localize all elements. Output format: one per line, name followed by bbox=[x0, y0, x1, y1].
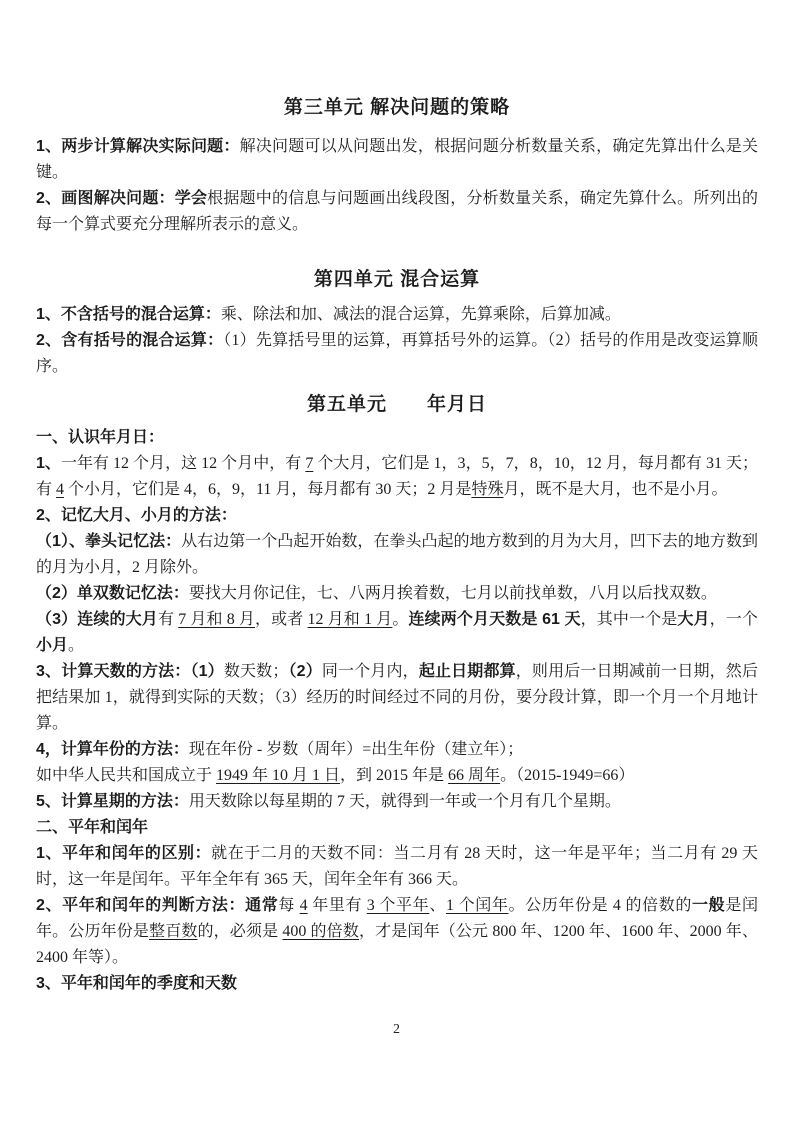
underlined-text-run: 整百数 bbox=[149, 923, 197, 940]
unit4-point2: 2、含有括号的混合运算：（1）先算括号里的运算，再算括号外的运算。（2）括号的作… bbox=[36, 328, 758, 380]
bold-text-run: 1、平年和闰年的区别： bbox=[36, 845, 211, 862]
unit3-title: 第三单元 解决问题的策略 bbox=[36, 94, 758, 121]
underlined-text-run: 400 的倍数 bbox=[282, 923, 359, 940]
bold-text-run: 2、平年和闰年的判断方法：通常 bbox=[36, 897, 278, 914]
bold-text-run: 2、含有括号的混合运算： bbox=[36, 332, 223, 349]
text-run: 同一个月内， bbox=[322, 663, 419, 680]
text-run: 如中华人民共和国成立于 bbox=[36, 767, 216, 784]
bold-text-run: （1）、拳头记忆法： bbox=[36, 533, 181, 550]
unit5-s1-point4: 4，计算年份的方法：现在年份 - 岁数（周年）=出生年份（建立年）； bbox=[36, 737, 758, 763]
bold-text-run: 第三单元 解决问题的策略 bbox=[284, 97, 510, 118]
text-run: 的，必须是 bbox=[198, 923, 283, 940]
text-run: 要找大月你记住，七、八两月挨着数，七月以前找单数，八月以后找双数。 bbox=[189, 585, 717, 602]
unit5-s2-point3: 3、平年和闰年的季度和天数 bbox=[36, 971, 758, 997]
unit5-section2-heading: 二、平年和闰年 bbox=[36, 815, 758, 841]
bold-text-run: 2、画图解决问题：学会 bbox=[36, 190, 207, 207]
unit5-s1-point1: 1、一年有 12 个月，这 12 个月中，有 7 个大月，它们是 1，3，5，7… bbox=[36, 451, 758, 503]
unit4-point1: 1、不含括号的混合运算：乘、除法和加、减法的混合运算，先算乘除，后算加减。 bbox=[36, 302, 758, 328]
underlined-text-run: 4 bbox=[56, 481, 64, 498]
bold-text-run: （1） bbox=[190, 663, 223, 680]
unit5-s1-point2-3: （3）连续的大月有 7 月和 8 月，或者 12 月和 1 月。连续两个月天数是… bbox=[36, 607, 758, 659]
underlined-text-run: 1949 年 10 月 1 日 bbox=[216, 767, 340, 784]
text-run: 年里有 bbox=[308, 897, 367, 914]
bold-text-run: 5、计算星期的方法： bbox=[36, 793, 189, 810]
unit3-point1: 1、两步计算解决实际问题：解决问题可以从问题出发，根据问题分析数量关系，确定先算… bbox=[36, 134, 758, 186]
text-run: 月，既不是大月，也不是小月。 bbox=[503, 481, 727, 498]
bold-text-run: 1、 bbox=[36, 455, 61, 472]
text-run: 数天数； bbox=[224, 663, 288, 680]
bold-text-run: 1、不含括号的混合运算： bbox=[36, 306, 221, 323]
text-run: 。 bbox=[68, 637, 84, 654]
underlined-text-run: 3 个平年 bbox=[367, 897, 430, 914]
unit5-s1-point5: 5、计算星期的方法：用天数除以每星期的 7 天，就得到一年或一个月有几个星期。 bbox=[36, 789, 758, 815]
underlined-text-run: 7 月和 8 月 bbox=[178, 611, 255, 628]
underlined-text-run: 1 个闰年 bbox=[446, 897, 509, 914]
unit5-s1-point4-example: 如中华人民共和国成立于 1949 年 10 月 1 日，到 2015 年是 66… bbox=[36, 763, 758, 789]
text-run: 个小月，它们是 4，6，9，11 月，每月都有 30 天；2 月是 bbox=[64, 481, 471, 498]
text-run: ，其中一个是 bbox=[581, 611, 678, 628]
text-run: 。公历年份是 4 的倍数的 bbox=[508, 897, 692, 914]
bold-text-run: （3）连续的大月 bbox=[36, 611, 158, 628]
bold-text-run: 第四单元 混合运算 bbox=[314, 269, 480, 290]
text-run: 有 bbox=[158, 611, 178, 628]
unit3-point2: 2、画图解决问题：学会根据题中的信息与问题画出线段图，分析数量关系，确定先算什么… bbox=[36, 186, 758, 238]
text-run: 每 bbox=[278, 897, 299, 914]
bold-text-run: （2） bbox=[288, 663, 322, 680]
text-run: ，或者 bbox=[255, 611, 308, 628]
document-content: 第三单元 解决问题的策略1、两步计算解决实际问题：解决问题可以从问题出发，根据问… bbox=[36, 94, 758, 997]
text-run: 。（2015-1949=66） bbox=[500, 767, 634, 784]
unit4-title: 第四单元 混合运算 bbox=[36, 266, 758, 293]
unit5-s2-point2: 2、平年和闰年的判断方法：通常每 4 年里有 3 个平年、1 个闰年。公历年份是… bbox=[36, 893, 758, 971]
underlined-text-run: 4 bbox=[300, 897, 308, 914]
bold-text-run: 一般 bbox=[692, 897, 725, 914]
unit5-s1-point2: 2、记忆大月、小月的方法： bbox=[36, 503, 758, 529]
text-run: ，一个 bbox=[710, 611, 758, 628]
text-run: 。 bbox=[392, 611, 408, 628]
bold-text-run: 大月 bbox=[677, 611, 709, 628]
bold-text-run: 1、两步计算解决实际问题： bbox=[36, 138, 240, 155]
bold-text-run: 3、平年和闰年的季度和天数 bbox=[36, 975, 237, 992]
text-run: 乘、除法和加、减法的混合运算，先算乘除，后算加减。 bbox=[221, 306, 621, 323]
bold-text-run: （2）单双数记忆法： bbox=[36, 585, 189, 602]
text-run: 一年有 12 个月，这 12 个月中，有 bbox=[61, 455, 305, 472]
bold-text-run: 二、平年和闰年 bbox=[36, 819, 148, 836]
unit5-s1-point3: 3、计算天数的方法：（1）数天数；（2）同一个月内，起止日期都算，则用后一日期减… bbox=[36, 659, 758, 737]
text-run: 用天数除以每星期的 7 天，就得到一年或一个月有几个星期。 bbox=[189, 793, 621, 810]
bold-text-run: 起止日期都算 bbox=[419, 663, 516, 680]
text-run: 、 bbox=[429, 897, 446, 914]
bold-text-run: 3、计算天数的方法： bbox=[36, 663, 190, 680]
underlined-text-run: 12 月和 1 月 bbox=[308, 611, 393, 628]
unit5-s2-point1: 1、平年和闰年的区别：就在于二月的天数不同：当二月有 28 天时，这一年是平年；… bbox=[36, 841, 758, 893]
bold-text-run: 一、认识年月日： bbox=[36, 429, 164, 446]
bold-text-run: 小月 bbox=[36, 637, 68, 654]
bold-text-run: 第五单元 年月日 bbox=[307, 394, 487, 415]
text-run: 现在年份 - 岁数（周年）=出生年份（建立年）； bbox=[189, 741, 523, 758]
unit5-s1-point2-2: （2）单双数记忆法：要找大月你记住，七、八两月挨着数，七月以前找单数，八月以后找… bbox=[36, 581, 758, 607]
unit5-s1-point2-1: （1）、拳头记忆法：从右边第一个凸起开始数，在拳头凸起的地方数到的月为大月，凹下… bbox=[36, 529, 758, 581]
bold-text-run: 2、记忆大月、小月的方法： bbox=[36, 507, 237, 524]
page-number: 2 bbox=[0, 1022, 793, 1038]
bold-text-run: 连续两个月天数是 61 天 bbox=[408, 611, 580, 628]
bold-text-run: 4，计算年份的方法： bbox=[36, 741, 189, 758]
underlined-text-run: 特殊 bbox=[471, 481, 503, 498]
text-run: ，到 2015 年是 bbox=[340, 767, 448, 784]
underlined-text-run: 66 周年 bbox=[448, 767, 500, 784]
unit5-section1-heading: 一、认识年月日： bbox=[36, 425, 758, 451]
unit5-title: 第五单元 年月日 bbox=[36, 391, 758, 418]
